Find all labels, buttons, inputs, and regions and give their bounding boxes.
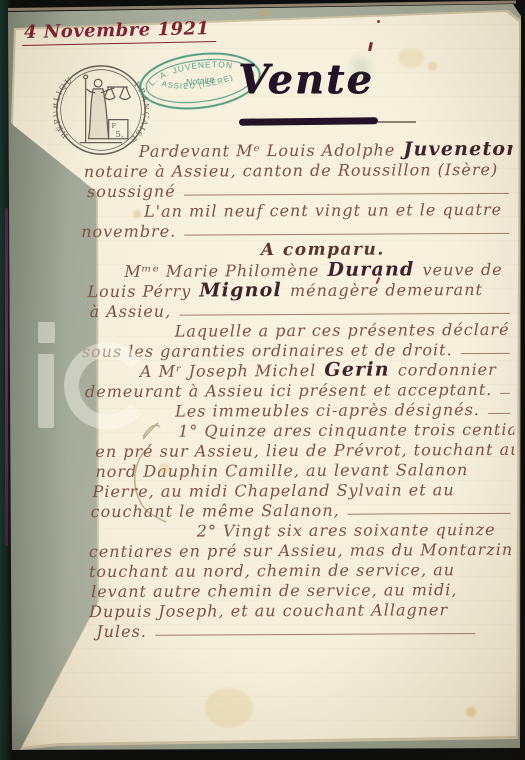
line-text: Pierre, au midi Chapeland Sylvain et au: [92, 480, 454, 501]
manuscript-line: couchant le même Salanon,: [79, 499, 515, 521]
manuscript-line: 2° Vingt six ares soixante quinze: [79, 519, 515, 541]
manuscript-line: levant autre chemin de service, au midi,: [79, 579, 515, 601]
seal-arc-left: RÉPUBLIQUE: [53, 62, 75, 140]
comparu-heading: A comparu.: [77, 239, 513, 261]
line-text: Louis Pérry: [87, 282, 197, 302]
photographed-notarial-deed: 4 Novembre 1921 RÉPUBLIQUE FRANÇAISE: [0, 0, 525, 760]
line-text: novembre.: [81, 222, 176, 241]
ink-rule: [179, 313, 509, 316]
manuscript-text-block: Pardevant Mᵉ Louis Adolphe Juveneton not…: [77, 139, 516, 641]
ink-rule: [488, 413, 510, 414]
manuscript-line: Pardevant Mᵉ Louis Adolphe Juveneton: [77, 139, 513, 161]
line-text: Laquelle a par ces présentes déclaré ven…: [175, 320, 514, 341]
foxing-stain: [256, 8, 272, 18]
manuscript-line: Pierre, au midi Chapeland Sylvain et au: [78, 479, 514, 501]
line-text: Jules.: [96, 622, 147, 641]
line-text: 2° Vingt six ares soixante quinze: [197, 520, 496, 541]
manuscript-line: Les immeubles ci-après désignés.: [78, 399, 514, 421]
title-underline-tail: [378, 121, 416, 123]
date-annotation: 4 Novembre 1921: [22, 18, 216, 46]
line-text: demeurant à Assieu ici présent et accept…: [85, 380, 492, 401]
line-text: couchant le même Salanon,: [91, 501, 340, 521]
manuscript-line: A Mʳ Joseph Michel Gerin cordonnier: [78, 359, 514, 381]
line-text: veuve de: [416, 260, 502, 279]
line-text: touchant au nord, chemin de service, au: [89, 560, 455, 581]
manuscript-line: Mᵐᵉ Marie Philomène Durand veuve de: [77, 259, 513, 281]
manuscript-line: notaire à Assieu, canton de Roussillon (…: [77, 159, 513, 181]
name-emphasis: Juveneton: [401, 140, 512, 160]
line-text: Mᵐᵉ Marie Philomène: [124, 261, 325, 281]
line-text: Les immeubles ci-après désignés.: [175, 400, 480, 421]
ink-rule: [348, 513, 511, 515]
svg-text:RÉPUBLIQUE: RÉPUBLIQUE: [53, 62, 75, 140]
binding-thread: [5, 208, 8, 546]
manuscript-line: à Assieu,: [78, 299, 514, 321]
line-text: Pardevant Mᵉ Louis Adolphe: [139, 140, 402, 160]
name-emphasis: Durand: [325, 260, 416, 279]
manuscript-line: soussigné: [77, 179, 513, 201]
ink-rule: [500, 393, 510, 394]
line-text: 1° Quinze ares cinquante trois centiares: [178, 420, 514, 441]
foxing-stain: [205, 688, 253, 728]
line-text: soussigné: [87, 182, 176, 201]
foxing-stain: [466, 707, 476, 717]
manuscript-line: nord Dauphin Camille, au levant Salanon: [78, 459, 514, 481]
name-emphasis: Gerin: [322, 360, 391, 379]
manuscript-line: novembre.: [77, 219, 513, 241]
line-text: cordonnier: [392, 360, 497, 380]
manuscript-line: Jules.: [79, 619, 515, 641]
title-underline: [239, 117, 378, 125]
line-text: Dupuis Joseph, et au couchant Allagner: [89, 600, 448, 621]
manuscript-line: L'an mil neuf cent vingt un et le quatre: [77, 199, 513, 221]
line-text: A comparu.: [206, 241, 385, 261]
manuscript-line: demeurant à Assieu ici présent et accept…: [78, 379, 514, 401]
line-text: levant autre chemin de service, au midi,: [91, 580, 458, 601]
ink-rule: [155, 633, 475, 636]
line-text: à Assieu,: [90, 302, 172, 321]
ink-rule: [184, 233, 509, 236]
manuscript-line: Louis Pérry Mignol ménagère demeurant: [77, 279, 513, 301]
manuscript-line: touchant au nord, chemin de service, au: [79, 559, 515, 581]
line-text: nord Dauphin Camille, au levant Salanon: [95, 460, 468, 481]
manuscript-line: sous les garanties ordinaires et de droi…: [78, 339, 514, 361]
line-text: ménagère demeurant: [284, 280, 483, 300]
foxing-stain: [428, 62, 437, 71]
line-text: notaire à Assieu, canton de Roussillon (…: [84, 160, 498, 181]
manuscript-line: Dupuis Joseph, et au couchant Allagner: [79, 599, 515, 621]
line-text: L'an mil neuf cent vingt un et le quatre: [144, 200, 502, 221]
manuscript-line: 1° Quinze ares cinquante trois centiares: [78, 419, 514, 441]
manuscript-line: centiares en pré sur Assieu, mas du Mont…: [79, 539, 515, 561]
ink-rule: [461, 353, 510, 354]
ink-rule: [184, 193, 509, 196]
ink-speck: [377, 20, 380, 23]
stamp-ink-ghost: [346, 52, 376, 82]
manuscript-line: Laquelle a par ces présentes déclaré ven…: [78, 319, 514, 341]
name-emphasis: Mignol: [197, 281, 284, 300]
line-text: en pré sur Assieu, lieu de Prévrot, touc…: [95, 440, 514, 461]
line-text: centiares en pré sur Assieu, mas du Mont…: [89, 540, 513, 561]
foxing-stain: [159, 463, 170, 474]
seal-box-number: 5.: [115, 130, 123, 140]
manuscript-line: en pré sur Assieu, lieu de Prévrot, touc…: [78, 439, 514, 461]
foxing-stain: [133, 210, 141, 218]
foxing-stain: [398, 48, 424, 68]
line-text: A Mʳ Joseph Michel: [140, 361, 323, 381]
line-text: sous les garanties ordinaires et de droi…: [82, 340, 453, 361]
